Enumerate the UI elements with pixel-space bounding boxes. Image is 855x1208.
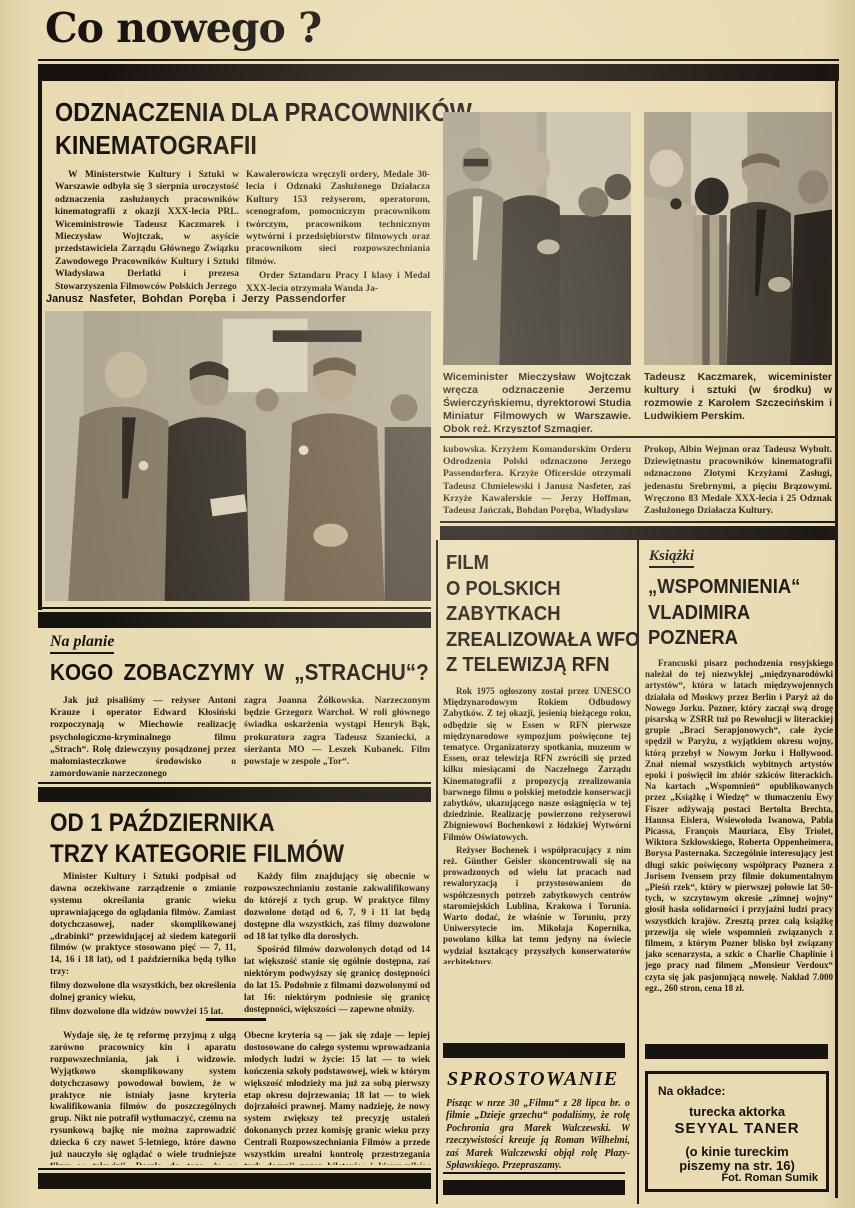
page-title: Co nowego ? — [45, 4, 321, 52]
separator-bar — [443, 1043, 625, 1058]
odznaczenia-title-line1: ODZNACZENIA DLA PRACOWNIKÓW — [55, 96, 472, 128]
photo2-caption: Tadeusz Kaczmarek, wiceminister kultury … — [644, 371, 832, 433]
strach-title: KOGO ZOBACZYMY W „STRACHU“? — [50, 659, 429, 686]
paragraph: Francuski pisarz pochodzenia rosyjskiego… — [645, 658, 833, 994]
separator-thin — [38, 782, 431, 784]
strach-kicker: Na planie — [50, 633, 114, 654]
separator-thin — [440, 521, 838, 523]
wfo-title-line4: ZREALIZOWAŁA WFO — [446, 628, 640, 654]
paragraph: Minister Kultury i Sztuki podpisał od da… — [50, 872, 236, 979]
caption-divider-rule — [440, 436, 838, 438]
paragraph: Reżyser Bochenek i współpracujący z nim … — [443, 845, 631, 964]
sprostowanie-title: SPROSTOWANIE — [447, 1068, 619, 1091]
paragraph: Wydaje się, że tę reformę przyjmą z ulgą… — [50, 1031, 236, 1165]
cover-note-box: Na okładce: turecka aktorka SEYYAL TANER… — [645, 1071, 829, 1192]
odznaczenia-title-line2: KINEMATOGRAFII — [55, 129, 257, 161]
strach-col2: zagra Joanna Żółkowska. Narzeczonym będz… — [244, 695, 430, 779]
list-item: filmy dozwolone dla widzów powyżej 15 la… — [50, 1007, 236, 1014]
separator-bar — [38, 612, 431, 628]
paragraph: Obecne kryteria są — jak się zdaje — lep… — [244, 1031, 430, 1165]
photo-illustration — [644, 112, 832, 365]
top-thin-rule — [38, 59, 839, 61]
paragraph: Rok 1975 ogłoszony został przez UNESCO M… — [443, 686, 631, 843]
cover-note-line1: (o kinie tureckim — [648, 1144, 826, 1159]
separator-bar — [38, 787, 431, 802]
photo-nasfeter-poreba-passendorfer — [45, 311, 431, 601]
separator-bar — [443, 1180, 625, 1195]
photo-illustration — [443, 112, 631, 365]
sprostowanie-body: Pisząc w nrze 30 „Filmu“ z 28 lipca br. … — [446, 1098, 630, 1170]
separator-bar — [645, 1044, 828, 1059]
separator-bar — [38, 1173, 431, 1189]
kategorie-cont-col1: Wydaje się, że tę reformę przyjmą z ulgą… — [50, 1031, 236, 1165]
pozner-title-line2: VLADIMIRA — [648, 601, 800, 627]
main-photo-caption: Janusz Nasfeter, Bohdan Poręba i Jerzy P… — [46, 293, 432, 308]
right-frame-rule — [835, 64, 838, 1198]
odznaczenia-body-col2: Kawalerowicza wręczyli ordery, Medale 30… — [246, 169, 430, 293]
pozner-title-line1: „WSPOMNIENIA“ — [648, 575, 800, 601]
wfo-title-line3: ZABYTKACH — [446, 602, 640, 628]
cover-line1: turecka aktorka — [648, 1104, 826, 1119]
cover-photo-credit: Fot. Roman Sumik — [721, 1172, 818, 1184]
wfo-title: FILM O POLSKICH ZABYTKACH ZREALIZOWAŁA W… — [446, 551, 640, 679]
odznaczenia-cont-col1: kubowska. Krzyżem Komandorskim Orderu Od… — [443, 444, 631, 518]
paragraph: kubowska. Krzyżem Komandorskim Orderu Od… — [443, 444, 631, 517]
pozner-title: „WSPOMNIENIA“ VLADIMIRA POZNERA — [648, 575, 800, 652]
wfo-title-line2: O POLSKICH — [446, 577, 640, 603]
paragraph: W Ministerstwie Kultury i Sztuki w Warsz… — [55, 169, 239, 293]
cover-note-line2: piszemy na str. 16) — [648, 1158, 826, 1173]
photo-illustration — [45, 311, 431, 601]
paragraph: Prokop, Albin Wejman oraz Tadeusz Wybult… — [644, 444, 832, 517]
wfo-title-line5: Z TELEWIZJĄ RFN — [446, 653, 640, 679]
odznaczenia-body-col1: W Ministerstwie Kultury i Sztuki w Warsz… — [55, 169, 239, 293]
top-thick-bar — [38, 64, 839, 81]
paragraph: Każdy film znajdujący się obecnie w rozp… — [244, 872, 430, 943]
cover-actress-name: SEYYAL TANER — [648, 1120, 826, 1137]
kategorie-cont-col2: Obecne kryteria są — jak się zdaje — lep… — [244, 1031, 430, 1165]
kategorie-col1: Minister Kultury i Sztuki podpisał od da… — [50, 872, 236, 1014]
newspaper-page: Co nowego ? ODZNACZENIA DLA PRACOWNIKÓW … — [0, 0, 855, 1208]
wfo-body: Rok 1975 ogłoszony został przez UNESCO M… — [443, 686, 631, 964]
separator-thin — [38, 607, 431, 609]
article-end-rule — [206, 1018, 266, 1021]
kategorie-title-line2: TRZY KATEGORIE FILMÓW — [50, 839, 344, 869]
column-divider-left — [436, 540, 438, 1204]
strach-col1: Jak już pisaliśmy — reżyser Antoni Krauz… — [50, 695, 236, 779]
cover-label: Na okładce: — [658, 1084, 725, 1098]
pozner-body: Francuski pisarz pochodzenia rosyjskiego… — [645, 658, 833, 1018]
photo-wojtczak-ceremony — [443, 112, 631, 365]
kategorie-title-line1: OD 1 PAŹDZIERNIKA — [50, 808, 275, 838]
pozner-title-line3: POZNERA — [648, 626, 800, 652]
pozner-kicker: Książki — [649, 548, 694, 568]
separator-bar — [440, 526, 838, 540]
wfo-title-line1: FILM — [446, 551, 640, 577]
paragraph: zagra Joanna Żółkowska. Narzeczonym będz… — [244, 695, 430, 768]
paragraph: Order Sztandaru Pracy I klasy i Medal XX… — [246, 270, 430, 293]
paragraph: Kawalerowicza wręczyli ordery, Medale 30… — [246, 169, 430, 268]
list-item: filmy dozwolone dla wszystkich, bez okre… — [50, 981, 236, 1005]
separator-thin — [443, 1172, 625, 1174]
paragraph: Jak już pisaliśmy — reżyser Antoni Krauz… — [50, 695, 236, 779]
left-frame-rule — [38, 64, 42, 610]
photo-kaczmarek-conversation — [644, 112, 832, 365]
separator-thin — [38, 1168, 431, 1170]
kategorie-col2: Każdy film znajdujący się obecnie w rozp… — [244, 872, 430, 1014]
odznaczenia-cont-col2: Prokop, Albin Wejman oraz Tadeusz Wybult… — [644, 444, 832, 518]
paragraph: Pisząc w nrze 30 „Filmu“ z 28 lipca br. … — [446, 1098, 630, 1170]
photo1-caption: Wiceminister Mieczysław Wojtczak wręcza … — [443, 371, 631, 433]
paragraph: Spośród filmów dozwolonych dotąd od 14 l… — [244, 945, 430, 1014]
